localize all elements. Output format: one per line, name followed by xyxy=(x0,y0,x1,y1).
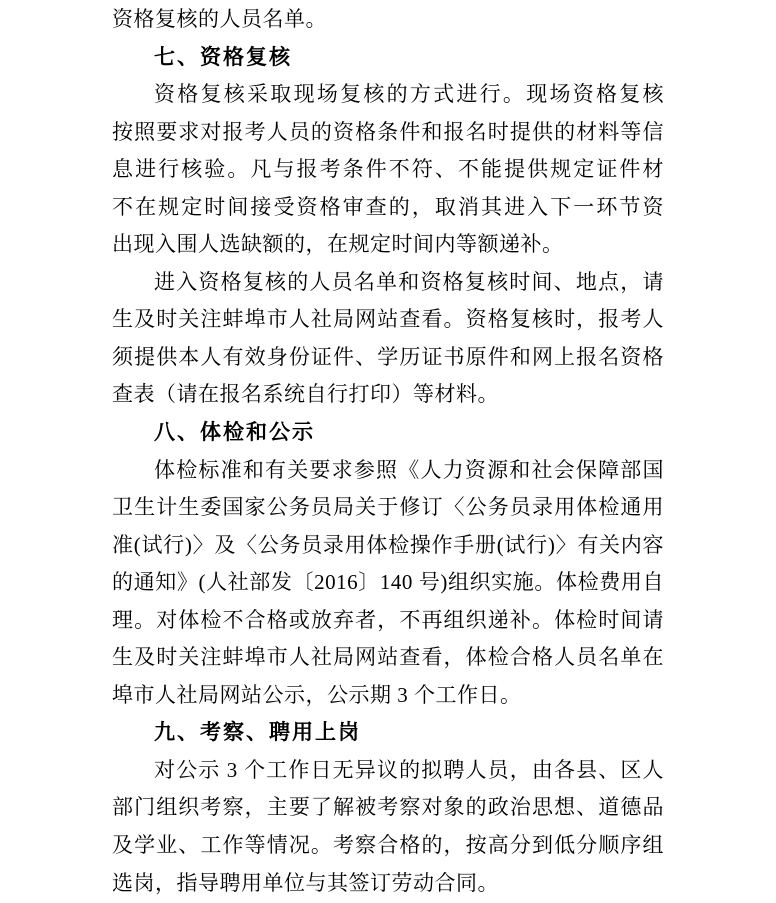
text-line: 生及时关注蚌埠市人社局网站查看，体检合格人员名单在蚌 xyxy=(112,639,664,677)
text-line: 资格复核的人员名单。 xyxy=(112,1,664,39)
text-line: 体检标准和有关要求参照《人力资源和社会保障部国家 xyxy=(112,452,664,490)
text-line: 埠市人社局网站公示，公示期 3 个工作日。 xyxy=(112,677,664,715)
text-line: 选岗，指导聘用单位与其签订劳动合同。 xyxy=(112,865,664,903)
text-line: 息进行核验。凡与报考条件不符、不能提供规定证件材料、 xyxy=(112,151,664,189)
text-line: 须提供本人有效身份证件、学历证书原件和网上报名资格审 xyxy=(112,339,664,377)
section-heading-8: 八、体检和公示 xyxy=(112,414,664,452)
text-line: 部门组织考察，主要了解被考察对象的政治思想、道德品质 xyxy=(112,789,664,827)
text-line: 准(试行)〉及〈公务员录用体检操作手册(试行)〉有关内容 xyxy=(112,527,664,565)
text-line: 及学业、工作等情况。考察合格的，按高分到低分顺序组织 xyxy=(112,827,664,865)
text-line: 生及时关注蚌埠市人社局网站查看。资格复核时，报考人员 xyxy=(112,301,664,339)
text-line: 出现入围人选缺额的，在规定时间内等额递补。 xyxy=(112,226,664,264)
text-line: 进入资格复核的人员名单和资格复核时间、地点，请考 xyxy=(112,264,664,302)
text-line: 查表（请在报名系统自行打印）等材料。 xyxy=(112,376,664,414)
document-page: 资格复核的人员名单。 七、资格复核 资格复核采取现场复核的方式进行。现场资格复核… xyxy=(0,0,776,903)
section-heading-7: 七、资格复核 xyxy=(112,39,664,77)
section-heading-9: 九、考察、聘用上岗 xyxy=(112,714,664,752)
text-line: 的通知》(人社部发〔2016〕140 号)组织实施。体检费用自 xyxy=(112,564,664,602)
document-body: 资格复核的人员名单。 七、资格复核 资格复核采取现场复核的方式进行。现场资格复核… xyxy=(112,1,664,902)
text-line: 不在规定时间接受资格审查的，取消其进入下一环节资格。 xyxy=(112,189,664,227)
text-line: 理。对体检不合格或放弃者，不再组织递补。体检时间请考 xyxy=(112,602,664,640)
text-line: 按照要求对报考人员的资格条件和报名时提供的材料等信 xyxy=(112,114,664,152)
text-line: 对公示 3 个工作日无异议的拟聘人员，由各县、区人社 xyxy=(112,752,664,790)
text-line: 卫生计生委国家公务员局关于修订〈公务员录用体检通用标 xyxy=(112,489,664,527)
text-line: 资格复核采取现场复核的方式进行。现场资格复核时， xyxy=(112,76,664,114)
